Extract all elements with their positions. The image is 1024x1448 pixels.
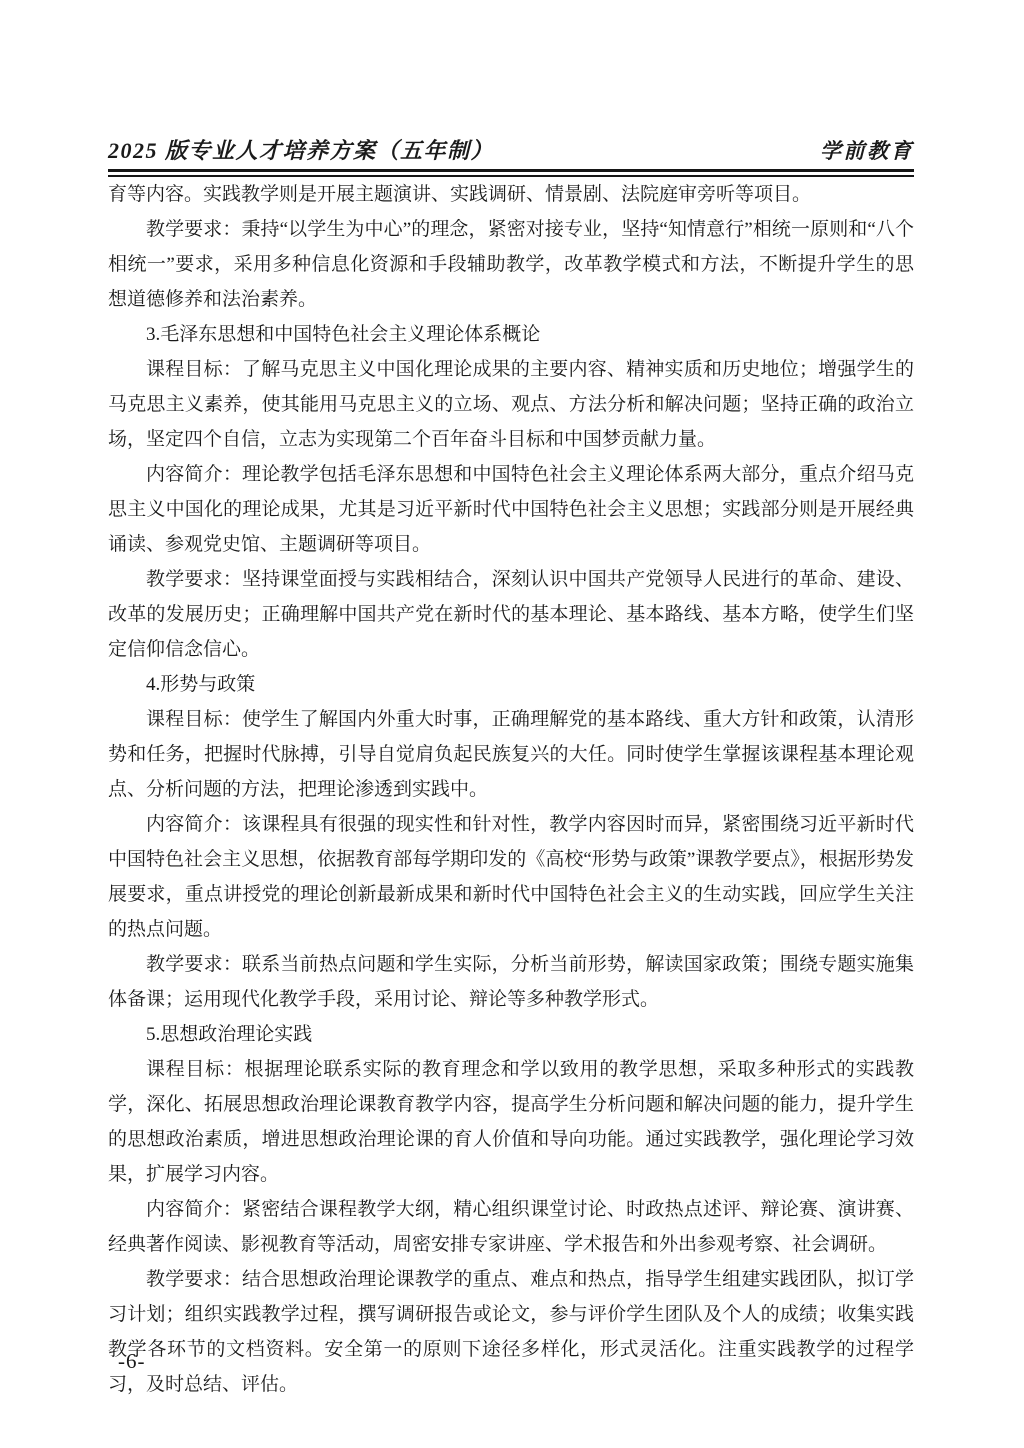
paragraph: 教学要求：联系当前热点问题和学生实际，分析当前形势，解读国家政策；围绕专题实施集… — [108, 947, 914, 1017]
section-heading: 4.形势与政策 — [108, 667, 914, 702]
header-divider — [108, 169, 914, 177]
section-heading: 3.毛泽东思想和中国特色社会主义理论体系概论 — [108, 317, 914, 352]
paragraph: 教学要求：秉持“以学生为中心”的理念，紧密对接专业，坚持“知情意行”相统一原则和… — [108, 212, 914, 317]
document-page: 2025 版专业人才培养方案（五年制） 学前教育 育等内容。实践教学则是开展主题… — [0, 0, 1024, 1448]
paragraph: 内容简介：理论教学包括毛泽东思想和中国特色社会主义理论体系两大部分，重点介绍马克… — [108, 457, 914, 562]
header-titles: 2025 版专业人才培养方案（五年制） 学前教育 — [108, 136, 914, 166]
page-header: 2025 版专业人才培养方案（五年制） 学前教育 — [108, 136, 914, 177]
paragraph: 课程目标：根据理论联系实际的教育理念和学以致用的教学思想，采取多种形式的实践教学… — [108, 1052, 914, 1192]
header-left-title: 2025 版专业人才培养方案（五年制） — [108, 136, 494, 166]
header-right-title: 学前教育 — [820, 136, 914, 166]
paragraph: 课程目标：使学生了解国内外重大时事，正确理解党的基本路线、重大方针和政策，认清形… — [108, 702, 914, 807]
paragraph: 教学要求：坚持课堂面授与实践相结合，深刻认识中国共产党领导人民进行的革命、建设、… — [108, 562, 914, 667]
paragraph: 内容简介：紧密结合课程教学大纲，精心组织课堂讨论、时政热点述评、辩论赛、演讲赛、… — [108, 1192, 914, 1262]
paragraph: 课程目标：了解马克思主义中国化理论成果的主要内容、精神实质和历史地位；增强学生的… — [108, 352, 914, 457]
paragraph: 育等内容。实践教学则是开展主题演讲、实践调研、情景剧、法院庭审旁听等项目。 — [108, 177, 914, 212]
document-body: 育等内容。实践教学则是开展主题演讲、实践调研、情景剧、法院庭审旁听等项目。 教学… — [108, 177, 914, 1402]
page-number: -6- — [118, 1348, 146, 1374]
paragraph: 内容简介：该课程具有很强的现实性和针对性，教学内容因时而异，紧密围绕习近平新时代… — [108, 807, 914, 947]
paragraph: 教学要求：结合思想政治理论课教学的重点、难点和热点，指导学生组建实践团队，拟订学… — [108, 1262, 914, 1402]
section-heading: 5.思想政治理论实践 — [108, 1017, 914, 1052]
